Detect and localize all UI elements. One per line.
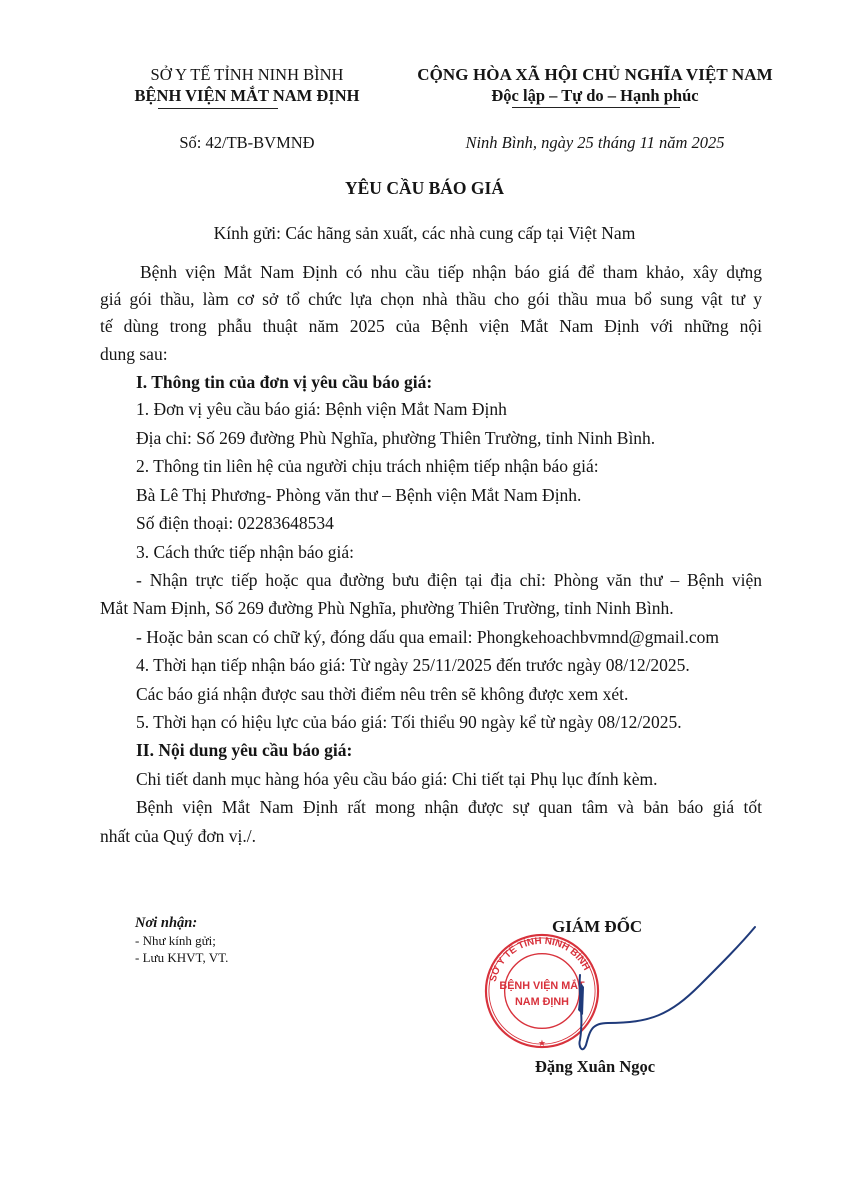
recipient-item: - Như kính gửi; — [135, 932, 228, 949]
recipients-block: Nơi nhận: - Như kính gửi; - Lưu KHVT, VT… — [135, 915, 228, 966]
section1-method1-line2: Mắt Nam Định, Số 269 đường Phù Nghĩa, ph… — [100, 596, 674, 620]
section1-item4-note: Các báo giá nhận được sau thời điểm nêu … — [136, 682, 628, 706]
intro-line-1: Bệnh viện Mắt Nam Định có nhu cầu tiếp n… — [140, 260, 762, 284]
intro-line-2: giá gói thầu, làm cơ sở tổ chức lựa chọn… — [100, 287, 762, 311]
place-date: Ninh Bình, ngày 25 tháng 11 năm 2025 — [390, 133, 800, 153]
section1-address: Địa chỉ: Số 269 đường Phù Nghĩa, phường … — [136, 426, 655, 450]
national-header: CỘNG HÒA XÃ HỘI CHỦ NGHĨA VIỆT NAM Độc l… — [390, 64, 800, 106]
department-name: SỞ Y TẾ TỈNH NINH BÌNH — [102, 64, 392, 85]
issuing-authority: SỞ Y TẾ TỈNH NINH BÌNH BỆNH VIỆN MẮT NAM… — [102, 64, 392, 106]
section1-heading: I. Thông tin của đơn vị yêu cầu báo giá: — [136, 370, 432, 394]
signature-icon — [520, 915, 760, 1075]
national-motto: Độc lập – Tự do – Hạnh phúc — [390, 85, 800, 106]
section1-phone: Số điện thoại: 02283648534 — [136, 511, 334, 535]
section1-item5: 5. Thời hạn có hiệu lực của báo giá: Tối… — [136, 710, 682, 734]
section1-item4: 4. Thời hạn tiếp nhận báo giá: Từ ngày 2… — [136, 653, 690, 677]
motto-underline — [512, 107, 680, 108]
recipient-line: Kính gửi: Các hãng sản xuất, các nhà cun… — [0, 223, 849, 244]
recipients-title: Nơi nhận: — [135, 915, 228, 932]
section1-method2: - Hoặc bản scan có chữ ký, đóng dấu qua … — [136, 625, 719, 649]
document-title: YÊU CẦU BÁO GIÁ — [0, 178, 849, 199]
signer-name: Đặng Xuân Ngọc — [535, 1057, 655, 1077]
document-number: Số: 42/TB-BVMNĐ — [102, 133, 392, 153]
national-title: CỘNG HÒA XÃ HỘI CHỦ NGHĨA VIỆT NAM — [390, 64, 800, 85]
recipient-item: - Lưu KHVT, VT. — [135, 949, 228, 966]
section1-item3: 3. Cách thức tiếp nhận báo giá: — [136, 540, 354, 564]
section2-closing-line2: nhất của Quý đơn vị./. — [100, 824, 256, 848]
section1-item2: 2. Thông tin liên hệ của người chịu trác… — [136, 454, 599, 478]
section1-item1: 1. Đơn vị yêu cầu báo giá: Bệnh viện Mắt… — [136, 397, 507, 421]
intro-line-4: dung sau: — [100, 342, 168, 366]
intro-line-3: tế dùng trong phẫu thuật năm 2025 của Bệ… — [100, 314, 762, 338]
section2-heading: II. Nội dung yêu cầu báo giá: — [136, 738, 352, 762]
section2-detail: Chi tiết danh mục hàng hóa yêu cầu báo g… — [136, 767, 658, 791]
section1-contact-person: Bà Lê Thị Phương- Phòng văn thư – Bệnh v… — [136, 483, 581, 507]
section2-closing-line1: Bệnh viện Mắt Nam Định rất mong nhận đượ… — [136, 795, 762, 819]
section1-method1-line1: - Nhận trực tiếp hoặc qua đường bưu điện… — [136, 568, 762, 592]
organization-name: BỆNH VIỆN MẮT NAM ĐỊNH — [102, 85, 392, 106]
organization-underline — [158, 108, 278, 109]
